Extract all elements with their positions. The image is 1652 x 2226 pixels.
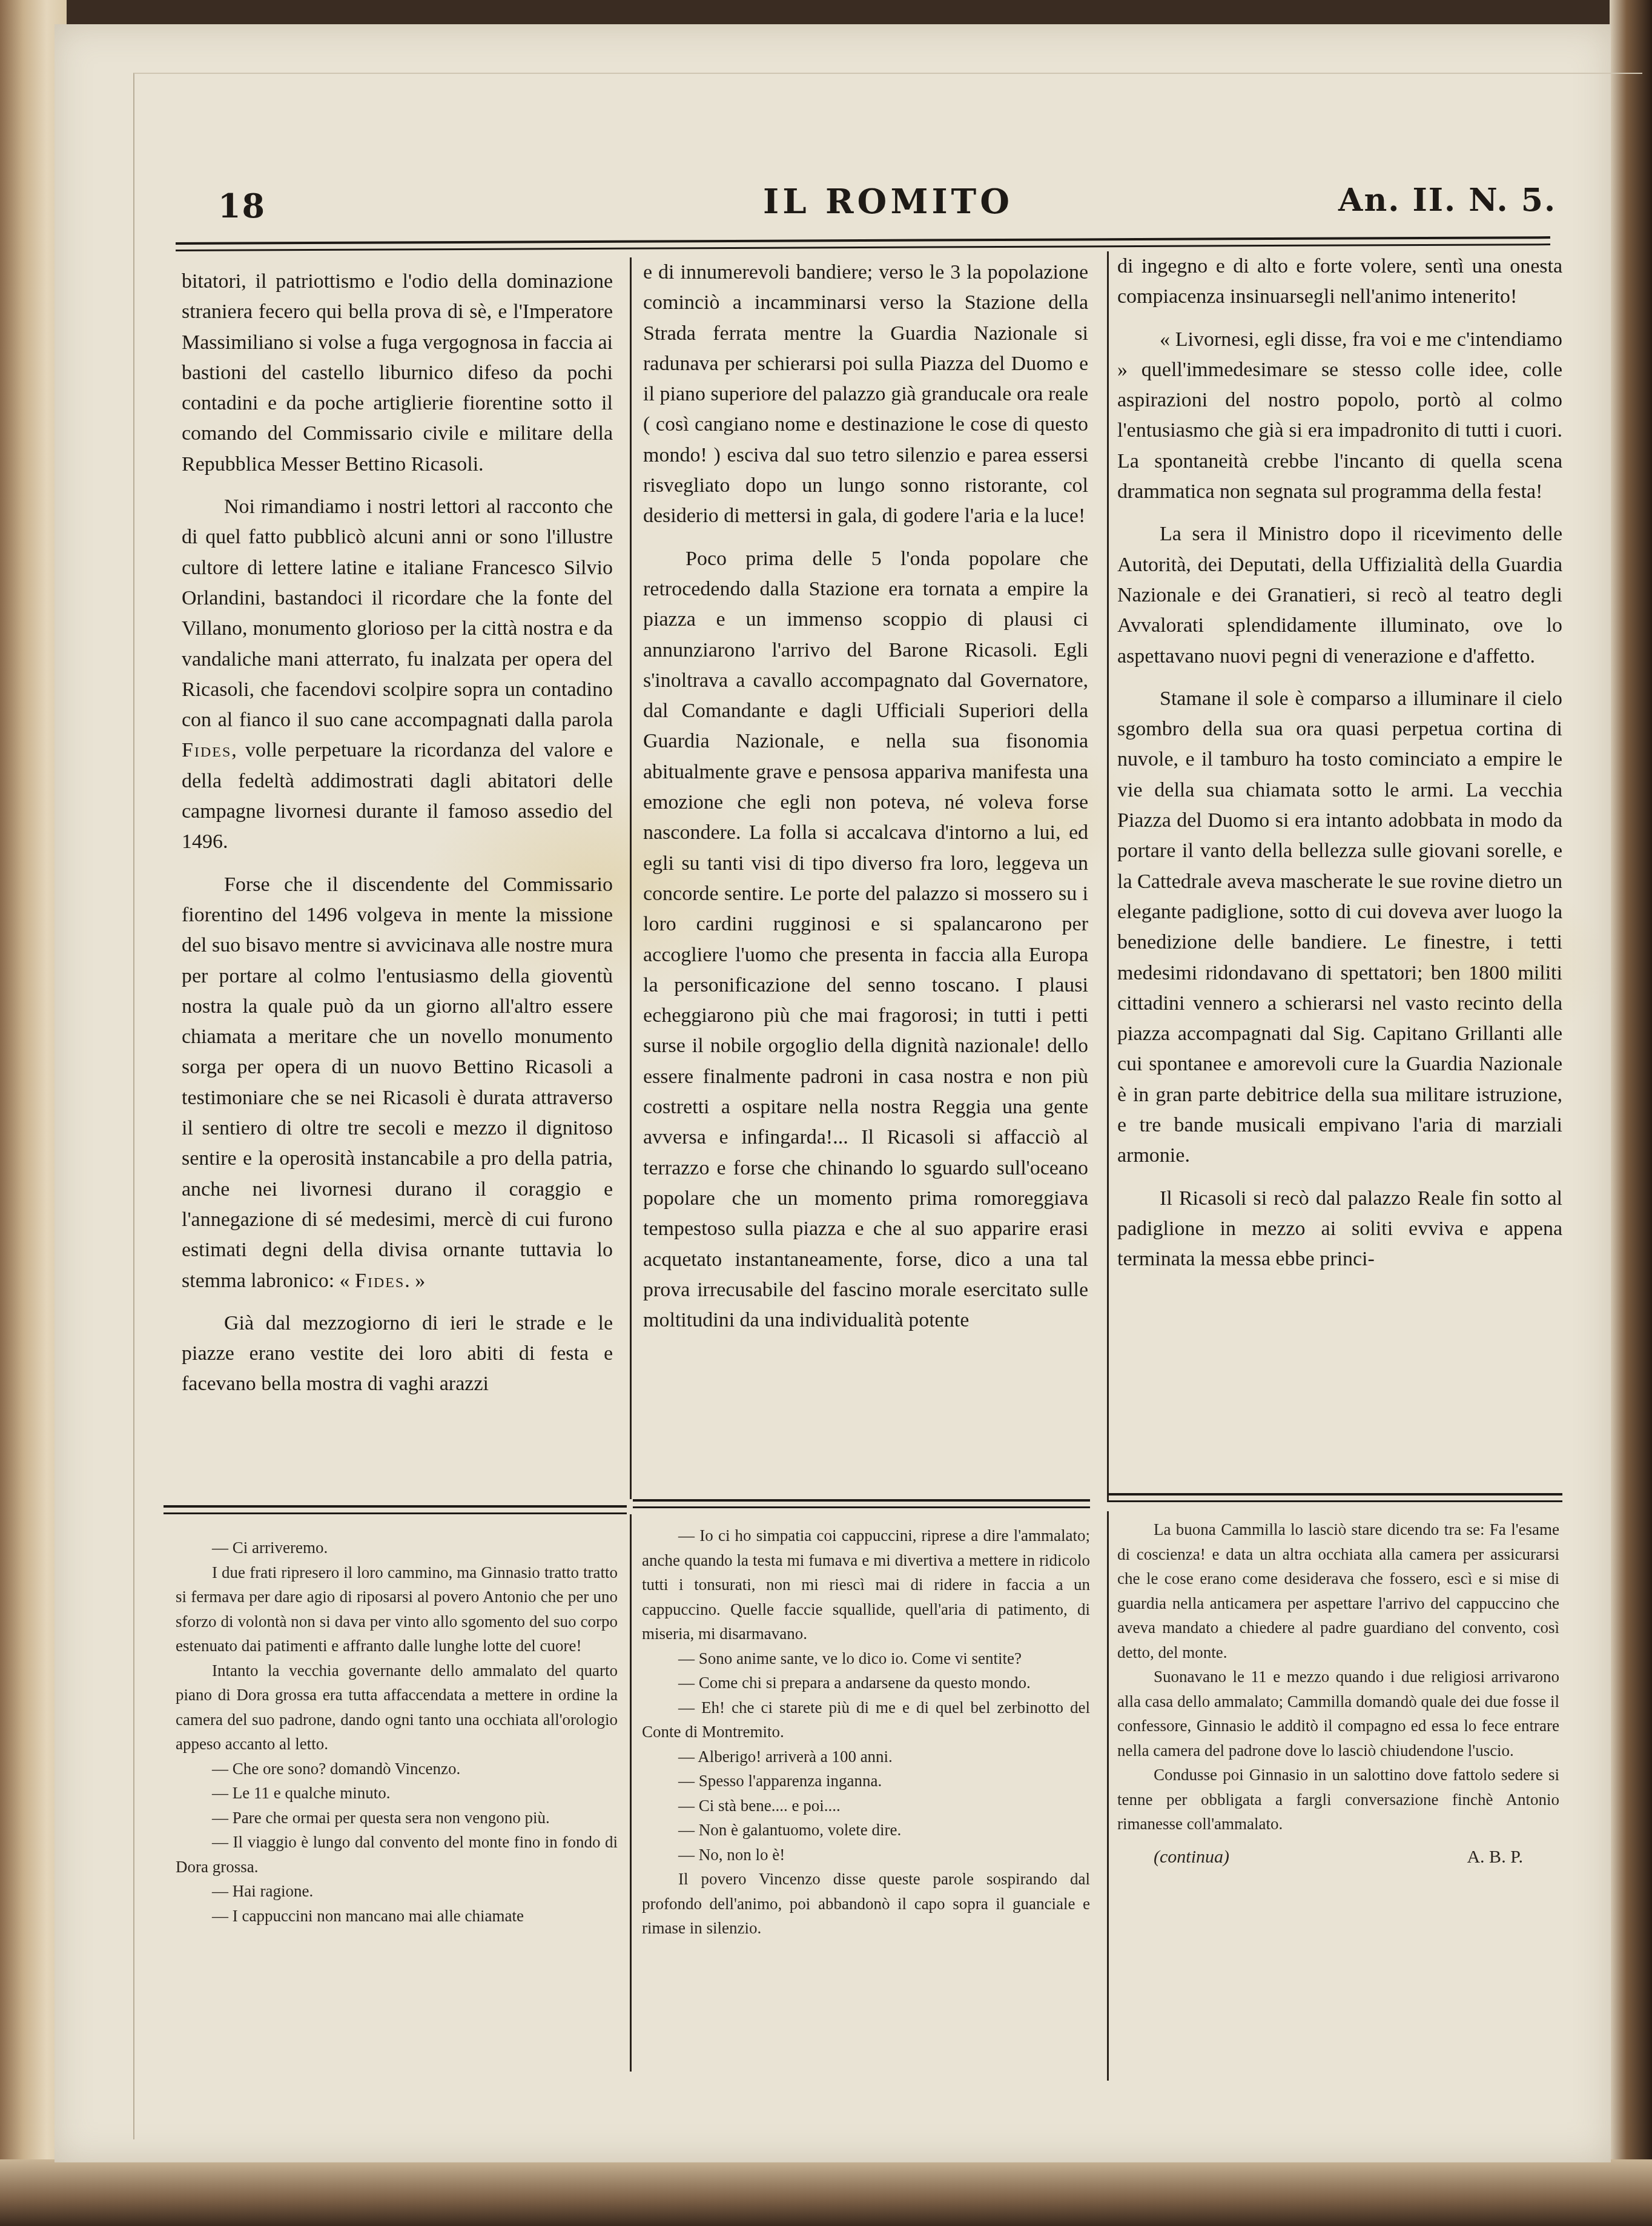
paragraph: Poco prima delle 5 l'onda popolare che r…	[643, 544, 1088, 1336]
paragraph: — Hai ragione.	[176, 1879, 618, 1904]
paragraph: — I cappuccini non mancano mai alle chia…	[176, 1904, 618, 1929]
masthead: 18 IL ROMITO An. II. N. 5.	[218, 182, 1556, 224]
paragraph: — Alberigo! arriverà a 100 anni.	[642, 1744, 1090, 1769]
paragraph: — Come chi si prepara a andarsene da que…	[642, 1671, 1090, 1695]
paragraph: La buona Cammilla lo lasciò stare dicend…	[1117, 1517, 1559, 1665]
column-divider	[1107, 251, 1109, 1502]
paragraph: — Io ci ho simpatia coi cappuccini, ripr…	[642, 1523, 1090, 1646]
issue-info: An. II. N. 5.	[1338, 182, 1556, 219]
paragraph: Suonavano le 11 e mezzo quando i due rel…	[1117, 1665, 1559, 1763]
signoff: (continua) A. B. P.	[1117, 1845, 1559, 1875]
feuilleton-column-1: — Ci arriveremo.I due frati ripresero il…	[176, 1535, 618, 1928]
paragraph: — Che ore sono? domandò Vincenzo.	[176, 1757, 618, 1781]
feuilleton-column-3: La buona Cammilla lo lasciò stare dicend…	[1117, 1517, 1559, 1875]
paragraph: — Il viaggio è lungo dal convento del mo…	[176, 1830, 618, 1879]
paragraph: bitatori, il patriottismo e l'odio della…	[182, 267, 613, 480]
paragraph: I due frati ripresero il loro cammino, m…	[176, 1560, 618, 1658]
paragraph: Il povero Vincenzo disse queste parole s…	[642, 1867, 1090, 1941]
column-divider	[630, 257, 632, 1499]
column-divider	[630, 1514, 632, 2072]
paragraph: La sera il Ministro dopo il ricevimento …	[1117, 519, 1562, 671]
article-column-3: di ingegno e di alto e forte volere, sen…	[1117, 251, 1562, 1275]
paragraph: — Ci stà bene.... e poi....	[642, 1794, 1090, 1818]
paragraph: — No, non lo è!	[642, 1843, 1090, 1867]
column-divider	[1107, 1511, 1109, 2081]
continua-note: (continua)	[1154, 1845, 1229, 1870]
newspaper-title: IL ROMITO	[763, 182, 1013, 222]
author-signature: A. B. P.	[1467, 1845, 1523, 1870]
paragraph: Noi rimandiamo i nostri lettori al racco…	[182, 492, 613, 858]
paragraph: Il Ricasoli si recò dal palazzo Reale fi…	[1117, 1184, 1562, 1275]
feuilleton-rule-middle	[633, 1499, 1090, 1508]
paragraph: — Pare che ormai per questa sera non ven…	[176, 1806, 618, 1830]
paragraph: Intanto la vecchia governante dello amma…	[176, 1658, 618, 1757]
paragraph: — Sono anime sante, ve lo dico io. Come …	[642, 1646, 1090, 1671]
paragraph: Stamane il sole è comparso a illuminare …	[1117, 684, 1562, 1171]
paragraph: Forse che il discendente del Commissario…	[182, 870, 613, 1296]
paragraph: — Eh! che ci starete più di me e di quel…	[642, 1695, 1090, 1744]
article-column-1: bitatori, il patriottismo e l'odio della…	[182, 267, 613, 1400]
paragraph: Condusse poi Ginnasio in un salottino do…	[1117, 1763, 1559, 1837]
article-column-2: e di innumerevoli bandiere; verso le 3 l…	[643, 257, 1088, 1336]
page-number: 18	[218, 187, 266, 225]
feuilleton-rule-left	[164, 1505, 627, 1514]
paragraph: — Le 11 e qualche minuto.	[176, 1781, 618, 1806]
paragraph: Già dal mezzogiorno di ieri le strade e …	[182, 1308, 613, 1400]
paragraph: di ingegno e di alto e forte volere, sen…	[1117, 251, 1562, 313]
feuilleton-column-2: — Io ci ho simpatia coi cappuccini, ripr…	[642, 1523, 1090, 1941]
paragraph: e di innumerevoli bandiere; verso le 3 l…	[643, 257, 1088, 532]
feuilleton-rule-right	[1108, 1493, 1562, 1502]
paragraph: — Non è galantuomo, volete dire.	[642, 1818, 1090, 1843]
paragraph: — Ci arriveremo.	[176, 1535, 618, 1560]
book-edge-bottom	[0, 2159, 1652, 2226]
paragraph: « Livornesi, egli disse, fra voi e me c'…	[1117, 325, 1562, 508]
paragraph: — Spesso l'apparenza inganna.	[642, 1769, 1090, 1794]
